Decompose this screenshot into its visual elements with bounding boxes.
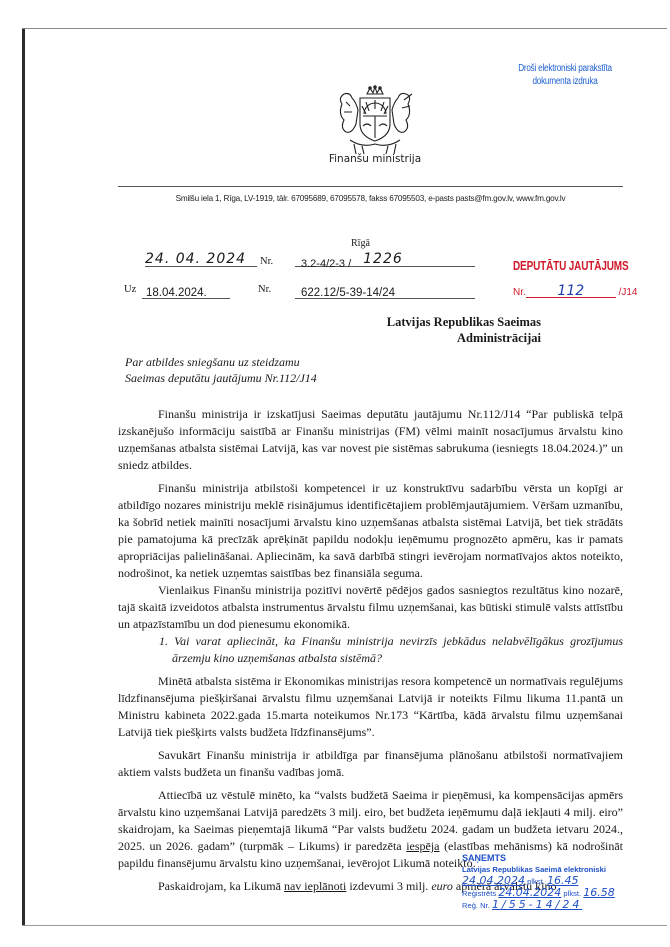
p7-text-b: izdevumi 3 milj. [346,879,431,893]
deputy-question-nr-handwritten: 112 [526,285,616,298]
p6-underlined: iespēja [406,839,439,853]
reg-nr: 1/55-14/24 [492,898,582,911]
outgoing-nr-field: 3.2-4/2-3 / 1226 [295,250,475,267]
p7-text-a: Paskaidrojam, ka Likumā [158,879,284,893]
letterhead-rule [118,186,623,187]
page-frame-top-edge [22,28,667,29]
deputy-question-nr-label: Nr. [513,287,526,298]
p7-italic: euro [431,879,453,893]
outgoing-date-handwritten: 24. 04. 2024 [145,251,246,267]
received-time-label: plkst. [527,877,545,886]
received-stamp: SAŅEMTS Latvijas Republikas Saeimā elekt… [462,853,627,911]
reference-uz-label: Uz [124,284,136,295]
received-stamp-regnr-row: Reģ. Nr. 1/55-14/24 [462,899,627,911]
subject-line-1: Par atbildes sniegšanu uz steidzamu [125,354,317,370]
deputy-question-stamp-number: Nr.112 /J14 [513,285,637,298]
letter-body: Finanšu ministrija ir izskatījusi Saeima… [118,406,623,895]
subject-line-2: Saeimas deputātu jautājumu Nr.112/J14 [125,370,317,386]
ministry-name: Finanšu ministrija [40,153,670,165]
p7-underlined: nav ieplānoti [284,879,346,893]
body-paragraph-5: Savukārt Finanšu ministrija ir atbildīga… [118,747,623,781]
latvia-coat-of-arms-icon [332,84,418,156]
place-of-issue: Rīgā [351,238,370,249]
addressee-line-2: Administrācijai [387,330,541,346]
reference-nr-label: Nr. [258,284,271,295]
body-paragraph-1: Finanšu ministrija ir izskatījusi Saeima… [118,406,623,474]
registered-time-label: plkst. [563,889,581,898]
letter-subject: Par atbildes sniegšanu uz steidzamu Saei… [125,354,317,386]
registered-label: Reģistrēts [462,889,496,898]
esign-notice: Droši elektroniski parakstīta dokumenta … [491,62,639,88]
reference-nr: 622.12/5-39-14/24 [301,287,395,299]
deputy-question-nr-suffix: /J14 [619,287,638,298]
reference-nr-field: 622.12/5-39-14/24 [295,282,475,299]
outgoing-nr-handwritten: 1226 [363,251,403,267]
esign-notice-line-2: dokumenta izdruka [491,75,639,88]
question-1: 1. Vai varat apliecināt, ka Finanšu mini… [172,633,623,667]
received-stamp-title: SAŅEMTS [462,853,627,864]
addressee-line-1: Latvijas Republikas Saeimas [387,314,541,330]
page-frame-left-edge [22,28,25,926]
addressee: Latvijas Republikas Saeimas Administrāci… [387,314,541,346]
deputy-question-stamp-title: DEPUTĀTU JAUTĀJUMS [513,259,628,273]
reg-nr-label: Reģ. Nr. [462,901,490,910]
outgoing-nr-label: Nr. [260,256,273,267]
reference-date-field: 18.04.2024. [142,282,230,299]
body-paragraph-4: Minētā atbalsta sistēma ir Ekonomikas mi… [118,673,623,741]
reference-date: 18.04.2024. [146,287,207,299]
outgoing-date-field: 24. 04. 2024 [145,250,257,267]
body-paragraph-3: Vienlaikus Finanšu ministrija pozitīvi n… [118,582,623,633]
esign-notice-line-1: Droši elektroniski parakstīta [491,62,639,75]
body-paragraph-2: Finanšu ministrija atbilstoši kompetence… [118,480,623,582]
page-frame-bottom-edge [22,925,667,926]
ministry-address: Smilšu iela 1, Rīga, LV-1919, tālr. 6709… [118,194,623,203]
registered-time: 16.58 [583,886,615,899]
outgoing-nr-printed: 3.2-4/2-3 / [301,258,351,270]
